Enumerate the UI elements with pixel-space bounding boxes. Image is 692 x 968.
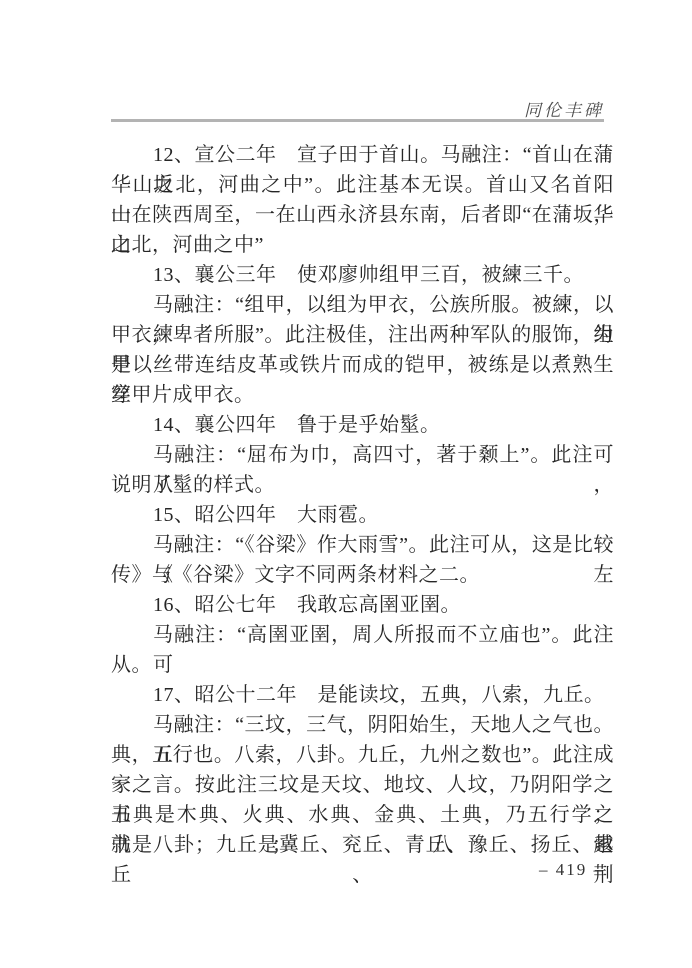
text-line: 马融注：“组甲，以组为甲衣，公族所服。被練，以練为 bbox=[111, 290, 614, 320]
running-header-title: 同伦丰碑 bbox=[111, 96, 604, 121]
text-line: 15、昭公四年 大雨雹。 bbox=[111, 500, 614, 530]
text-line: 从。 bbox=[111, 650, 614, 680]
scanned-book-page: 同伦丰碑 12、宣公二年 宣子田于首山。马融注：“首山在蒲坂华山之北，河曲之中”… bbox=[0, 0, 692, 968]
header-rule-divider bbox=[111, 119, 604, 122]
text-line: 16、昭公七年 我敢忘高圉亚圉。 bbox=[111, 590, 614, 620]
text-line: 家之言。按此注三坟是天坟、地坟、人坟，乃阴阳学之书； bbox=[111, 770, 614, 800]
page-number: – 419 – bbox=[111, 860, 604, 880]
text-line: 五典是木典、火典、水典、金典、土典，乃五行学之书；八索 bbox=[111, 800, 614, 830]
text-line: 13、襄公三年 使邓廖帅组甲三百，被練三千。 bbox=[111, 260, 614, 290]
text-line: 17、昭公十二年 是能读坟，五典，八索，九丘。 bbox=[111, 680, 614, 710]
text-line: 典，五行也。八索，八卦。九丘，九州之数也”。此注成一 bbox=[111, 740, 614, 770]
text-line: 华山之北，河曲之中”。此注基本无误。首山又名首阳山， bbox=[111, 170, 614, 200]
text-line: 12、宣公二年 宣子田于首山。马融注：“首山在蒲坂 bbox=[111, 140, 614, 170]
text-line: 穿甲片成甲衣。 bbox=[111, 380, 614, 410]
text-line: 一在陕西周至，一在山西永济县东南，后者即“在蒲坂华山 bbox=[111, 200, 614, 230]
text-line: 马融注：“三坟，三气，阴阳始生，天地人之气也。五 bbox=[111, 710, 614, 740]
text-line: 马融注：“高圉亚圉，周人所报而不立庙也”。此注可 bbox=[111, 620, 614, 650]
text-line: 马融注：“屈布为巾，高四寸，著于颡上”。此注可从， bbox=[111, 440, 614, 470]
text-line: 就是八卦；九丘是冀丘、兖丘、青丘、豫丘、扬丘、越丘、荆 bbox=[111, 830, 614, 860]
text-line: 之北，河曲之中” bbox=[111, 230, 614, 260]
text-line: 是以丝带连结皮革或铁片而成的铠甲，被练是以煮熟生丝 bbox=[111, 350, 614, 380]
text-line: 14、襄公四年 鲁于是乎始髽。 bbox=[111, 410, 614, 440]
text-line: 马融注：“《谷梁》作大雨雪”。此注可从，这是比较《左 bbox=[111, 530, 614, 560]
body-text: 12、宣公二年 宣子田于首山。马融注：“首山在蒲坂华山之北，河曲之中”。此注基本… bbox=[111, 140, 614, 860]
text-line: 甲衣，卑者所服”。此注极佳，注出两种军队的服饰，组甲 bbox=[111, 320, 614, 350]
